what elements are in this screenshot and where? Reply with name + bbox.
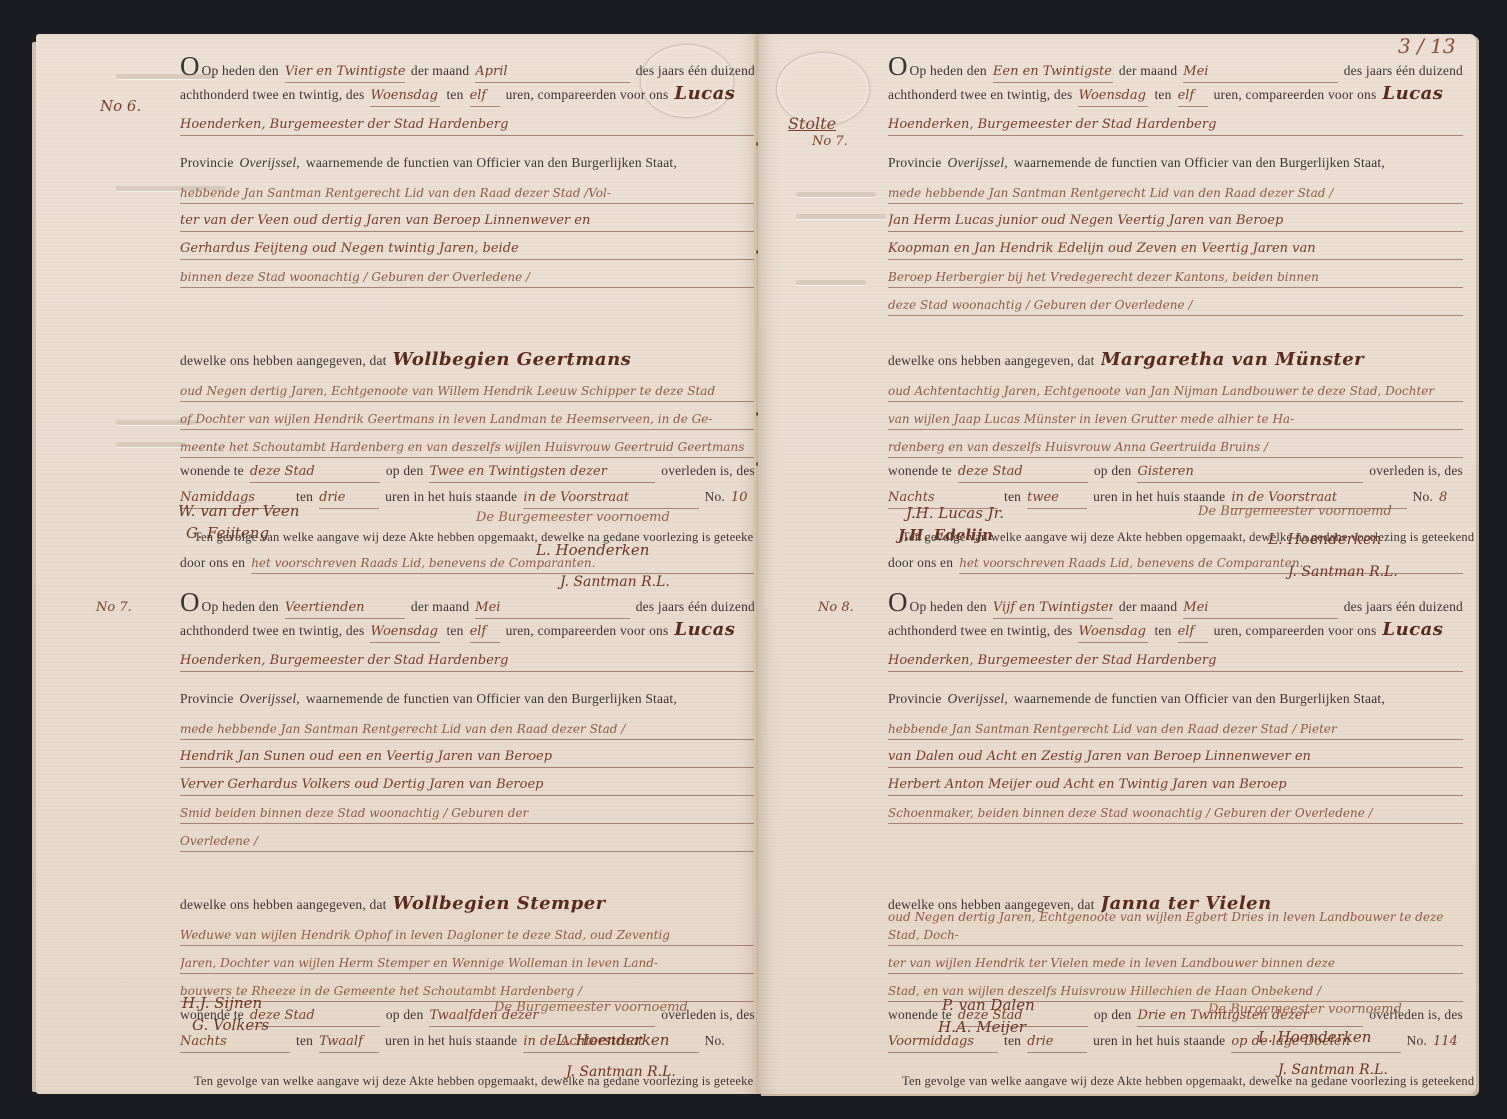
witness-signature: J.H. Lucas Jr.: [906, 504, 1004, 522]
register-book-spread: No 6. No 7. O Op heden den Vier en Twint…: [36, 28, 1478, 1096]
witness-signature: J.H. Edelijn: [898, 526, 993, 544]
printed-label: Op heden den: [910, 594, 987, 620]
handwritten-deceased-name: Wollbegien Stemper: [393, 895, 755, 914]
bleed-through-mark: [116, 442, 186, 447]
printed-label: Op heden den: [910, 58, 987, 84]
handwritten-day: Vijf en Twintigsten: [993, 599, 1113, 619]
printed-label: waarnemende de functien van Officier van…: [1014, 150, 1385, 176]
printed-label: der maand: [1119, 58, 1177, 84]
printed-label: Provincie: [180, 150, 234, 176]
handwritten-official-title: Hoenderken, Burgemeester der Stad Harden…: [180, 652, 755, 672]
handwritten-time-of-day: Voormiddags: [888, 1033, 998, 1053]
council-member-signature: J. Santman R.L.: [566, 1064, 676, 1080]
printed-label: Ten gevolge van welke aangave wij deze A…: [902, 1068, 1474, 1094]
handwritten-deceased-name: Janna ter Vielen: [1101, 895, 1463, 914]
printed-label: des jaars één duizend: [1344, 58, 1463, 84]
bleed-through-mark: [796, 280, 866, 285]
closing-formula: De Burgemeester voornoemd: [494, 1000, 688, 1015]
entry-number-label: No 8.: [818, 600, 854, 615]
printed-label: der maand: [411, 594, 469, 620]
handwritten-deceased-line: Jaren, Dochter van wijlen Herm Stemper e…: [180, 954, 755, 974]
handwritten-hour: elf: [470, 623, 500, 643]
handwritten-street: in de Voorstraat: [523, 489, 698, 509]
printed-label: Provincie: [180, 686, 234, 712]
printed-label: des jaars één duizend: [636, 594, 755, 620]
handwritten-day: Veertienden: [285, 599, 405, 619]
printed-label: ten: [1004, 484, 1021, 510]
handwritten-hour: elf: [470, 87, 500, 107]
printed-label: achthonderd twee en twintig, des: [888, 82, 1072, 108]
mayor-signature: L. Hoenderken: [536, 541, 649, 559]
mayor-signature: L. Hoenderken: [1258, 1028, 1371, 1046]
handwritten-attestation: het voorschreven Raads Lid, benevens de …: [251, 554, 755, 574]
handwritten-day: Een en Twintigsten: [993, 63, 1113, 83]
handwritten-residence: deze Stad: [250, 463, 380, 483]
handwritten-residence: deze Stad: [958, 463, 1088, 483]
handwritten-house-number: 10: [731, 489, 755, 508]
handwritten-official-name: Lucas: [674, 85, 755, 104]
bleed-through-mark: [796, 214, 886, 219]
handwritten-deceased-line: Weduwe van wijlen Hendrik Ophof in leven…: [180, 926, 755, 946]
handwritten-witness-line: binnen deze Stad woonachtig / Geburen de…: [180, 268, 755, 288]
witness-signature: W. van der Veen: [178, 502, 299, 520]
handwritten-official-title: Hoenderken, Burgemeester der Stad Harden…: [888, 116, 1463, 136]
handwritten-deceased-line: oud Achtentachtig Jaren, Echtgenoote van…: [888, 382, 1463, 402]
witness-signature: H.A. Meijer: [938, 1018, 1026, 1036]
decorative-initial: O: [888, 592, 908, 612]
printed-label: Provincie: [888, 686, 942, 712]
printed-label: uren in het huis staande: [1093, 1028, 1225, 1054]
handwritten-witness-line: deze Stad woonachtig / Geburen der Overl…: [888, 296, 1463, 316]
printed-label: waarnemende de functien van Officier van…: [1014, 686, 1385, 712]
printed-province: Overijssel,: [240, 150, 300, 176]
printed-label: waarnemende de functien van Officier van…: [306, 686, 677, 712]
printed-label: overleden is, des: [661, 458, 755, 484]
handwritten-weekday: Woensdag: [370, 87, 440, 107]
handwritten-death-hour: twee: [1027, 489, 1087, 509]
handwritten-month: Mei: [475, 599, 629, 619]
printed-label: Op heden den: [202, 58, 279, 84]
handwritten-official-name: Lucas: [1382, 621, 1463, 640]
handwritten-witness-line: ter van der Veen oud dertig Jaren van Be…: [180, 212, 755, 232]
printed-label: uren, compareerden voor ons: [506, 82, 669, 108]
handwritten-deceased-line: ter van wijlen Hendrik ter Vielen mede i…: [888, 954, 1463, 974]
handwritten-deceased-line: of Dochter van wijlen Hendrik Geertmans …: [180, 410, 755, 430]
handwritten-deceased-line: bouwers te Rheeze in de Gemeente het Sch…: [180, 982, 755, 1002]
decorative-initial: O: [888, 56, 908, 76]
handwritten-witness-line: hebbende Jan Santman Rentgerecht Lid van…: [180, 184, 755, 204]
printed-label: dewelke ons hebben aangegeven, dat: [888, 892, 1095, 918]
handwritten-deceased-line: oud Negen dertig Jaren, Echtgenoote van …: [180, 382, 755, 402]
handwritten-deceased-line: rdenberg en van deszelfs Huisvrouw Anna …: [888, 438, 1463, 458]
handwritten-witness-line: Herbert Anton Meijer oud Acht en Twintig…: [888, 776, 1463, 796]
printed-label: op den: [1094, 458, 1132, 484]
printed-label: dewelke ons hebben aangegeven, dat: [180, 892, 387, 918]
handwritten-death-hour: drie: [1027, 1033, 1087, 1053]
handwritten-month: Mei: [1183, 599, 1337, 619]
left-page: No 6. No 7. O Op heden den Vier en Twint…: [36, 34, 758, 1094]
bleed-through-mark: [796, 192, 876, 197]
handwritten-witness-line: Overledene /: [180, 832, 755, 852]
handwritten-witness-line: Schoenmaker, beiden binnen deze Stad woo…: [888, 804, 1463, 824]
council-member-signature: J. Santman R.L.: [560, 574, 670, 590]
handwritten-death-date: Gisteren: [1137, 463, 1363, 483]
handwritten-month: Mei: [1183, 63, 1337, 83]
council-member-signature: J. Santman R.L.: [1278, 1062, 1388, 1078]
printed-label: achthonderd twee en twintig, des: [180, 82, 364, 108]
printed-label: ten: [1154, 82, 1171, 108]
handwritten-day: Vier en Twintigsten: [285, 63, 405, 83]
handwritten-witness-line: Smid beiden binnen deze Stad woonachtig …: [180, 804, 755, 824]
printed-label: uren in het huis staande: [385, 1028, 517, 1054]
printed-province: Overijssel,: [240, 686, 300, 712]
death-certificate-entry: O Op heden den Een en Twintigsten der ma…: [888, 56, 1463, 576]
death-certificate-entry: O Op heden den Vier en Twintigsten der m…: [180, 56, 755, 576]
handwritten-deceased-name: Wollbegien Geertmans: [393, 351, 755, 370]
printed-label: op den: [386, 458, 424, 484]
printed-label: ten: [446, 618, 463, 644]
handwritten-weekday: Woensdag: [1078, 87, 1148, 107]
printed-label: Provincie: [888, 150, 942, 176]
printed-label: waarnemende de functien van Officier van…: [306, 150, 677, 176]
printed-label: ten: [446, 82, 463, 108]
handwritten-deceased-line: van wijlen Jaap Lucas Münster in leven G…: [888, 410, 1463, 430]
handwritten-house-number: 8: [1439, 489, 1463, 508]
handwritten-death-date: Twee en Twintigsten dezer: [429, 463, 655, 483]
handwritten-hour: elf: [1178, 87, 1208, 107]
handwritten-residence: deze Stad: [250, 1007, 380, 1027]
handwritten-witness-line: Hendrik Jan Sunen oud een en Veertig Jar…: [180, 748, 755, 768]
handwritten-official-name: Lucas: [674, 621, 755, 640]
printed-label: door ons en: [180, 550, 245, 576]
printed-province: Overijssel,: [948, 686, 1008, 712]
handwritten-house-number: 114: [1433, 1033, 1463, 1052]
handwritten-house-number: [731, 1044, 755, 1045]
handwritten-witness-line: van Dalen oud Acht en Zestig Jaren van B…: [888, 748, 1463, 768]
witness-signature: G. Feijteng: [186, 524, 269, 542]
printed-label: op den: [1094, 1002, 1132, 1028]
closing-formula: De Burgemeester voornoemd: [1198, 504, 1392, 519]
margin-annotation: Stolte: [788, 114, 836, 133]
handwritten-witness-line: mede hebbende Jan Santman Rentgerecht Li…: [180, 720, 755, 740]
printed-province: Overijssel,: [948, 150, 1008, 176]
right-page: 3 / 13 Stolte No 7. No 8. O Op heden den…: [758, 34, 1476, 1094]
handwritten-official-title: Hoenderken, Burgemeester der Stad Harden…: [888, 652, 1463, 672]
printed-label: Ten gevolge van welke aangave wij deze A…: [194, 524, 758, 550]
printed-label: achthonderd twee en twintig, des: [180, 618, 364, 644]
handwritten-witness-line: Jan Herm Lucas junior oud Negen Veertig …: [888, 212, 1463, 232]
handwritten-witness-line: Verver Gerhardus Volkers oud Dertig Jare…: [180, 776, 755, 796]
printed-label: dewelke ons hebben aangegeven, dat: [180, 348, 387, 374]
handwritten-month: April: [475, 63, 629, 83]
printed-label: des jaars één duizend: [1344, 594, 1463, 620]
entry-number-label: No 7.: [96, 600, 132, 615]
handwritten-deceased-name: Margaretha van Münster: [1101, 351, 1463, 370]
handwritten-witness-line: Beroep Herbergier bij het Vredegerecht d…: [888, 268, 1463, 288]
printed-label: overleden is, des: [1369, 458, 1463, 484]
printed-label: des jaars één duizend: [636, 58, 755, 84]
handwritten-witness-line: Koopman en Jan Hendrik Edelijn oud Zeven…: [888, 240, 1463, 260]
handwritten-death-hour: drie: [319, 489, 379, 509]
handwritten-time-of-day: Nachts: [180, 1033, 290, 1053]
printed-label: wonende te: [888, 458, 952, 484]
printed-label: uren, compareerden voor ons: [506, 618, 669, 644]
witness-signature: P. van Dalen: [942, 996, 1035, 1014]
handwritten-witness-line: hebbende Jan Santman Rentgerecht Lid van…: [888, 720, 1463, 740]
mayor-signature: L. Hoenderken: [1268, 530, 1381, 548]
mayor-signature: L. Hoenderken: [556, 1031, 669, 1049]
printed-label: No.: [705, 484, 725, 510]
printed-label: wonende te: [180, 458, 244, 484]
printed-label: der maand: [411, 58, 469, 84]
printed-label: der maand: [1119, 594, 1177, 620]
printed-label: No.: [705, 1028, 725, 1054]
handwritten-hour: elf: [1178, 623, 1208, 643]
handwritten-official-title: Hoenderken, Burgemeester der Stad Harden…: [180, 116, 755, 136]
entry-number-label: No 7.: [812, 134, 848, 149]
printed-label: uren, compareerden voor ons: [1214, 618, 1377, 644]
closing-formula: De Burgemeester voornoemd: [476, 510, 670, 525]
witness-signature: H.J. Sijnen: [182, 994, 262, 1012]
handwritten-witness-line: Gerhardus Feijteng oud Negen twintig Jar…: [180, 240, 755, 260]
decorative-initial: O: [180, 592, 200, 612]
council-member-signature: J. Santman R.L.: [1288, 564, 1398, 580]
printed-label: op den: [386, 1002, 424, 1028]
handwritten-weekday: Woensdag: [370, 623, 440, 643]
handwritten-weekday: Woensdag: [1078, 623, 1148, 643]
entry-number-label: No 6.: [100, 97, 141, 115]
printed-label: door ons en: [888, 550, 953, 576]
printed-label: achthonderd twee en twintig, des: [888, 618, 1072, 644]
printed-label: No.: [1413, 484, 1433, 510]
handwritten-witness-line: mede hebbende Jan Santman Rentgerecht Li…: [888, 184, 1463, 204]
printed-label: No.: [1407, 1028, 1427, 1054]
handwritten-deceased-line: meente het Schoutambt Hardenberg en van …: [180, 438, 755, 458]
printed-label: ten: [1154, 618, 1171, 644]
printed-label: ten: [296, 1028, 313, 1054]
handwritten-death-hour: Twaalf: [319, 1033, 379, 1053]
witness-signature: G. Volkers: [192, 1016, 269, 1034]
printed-label: Op heden den: [202, 594, 279, 620]
printed-label: dewelke ons hebben aangegeven, dat: [888, 348, 1095, 374]
page-number: 3 / 13: [1398, 34, 1456, 58]
decorative-initial: O: [180, 56, 200, 76]
printed-label: uren in het huis staande: [385, 484, 517, 510]
closing-formula: De Burgemeester voornoemd: [1208, 1002, 1402, 1017]
handwritten-official-name: Lucas: [1382, 85, 1463, 104]
printed-label: uren, compareerden voor ons: [1214, 82, 1377, 108]
